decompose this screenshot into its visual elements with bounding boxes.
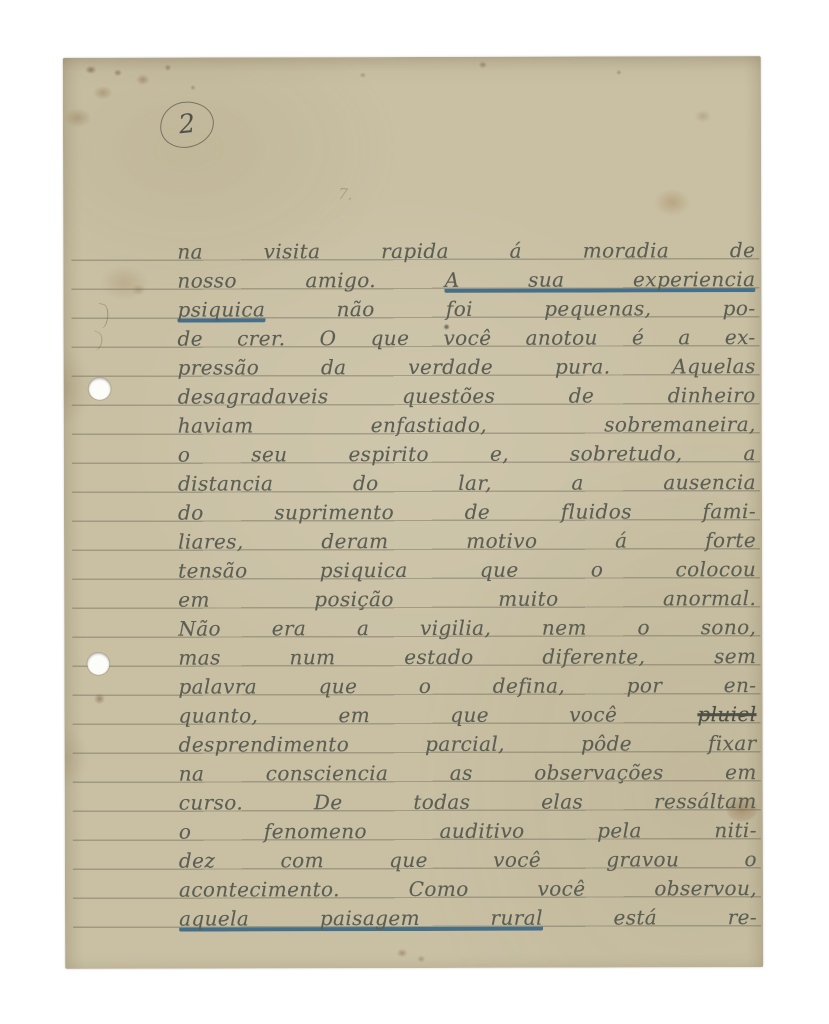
handwriting-text: o seu espirito e, sobretudo, a (178, 441, 756, 467)
handwriting-text: não foi pequenas, po- (265, 296, 755, 321)
manuscript-line: em posição muito anormal. (178, 584, 756, 615)
manuscript-line: o seu espirito e, sobretudo, a (178, 439, 756, 470)
manuscript-line: pressão da verdade pura. Aquelas (178, 352, 756, 383)
handwriting-text: do suprimento de fluidos fami- (178, 499, 756, 525)
manuscript-line: nosso amigo. A sua experiencia (177, 265, 755, 296)
blue-underlined-text: psiquica (177, 297, 265, 322)
manuscript-line: na visita rapida á moradia de (177, 236, 755, 267)
handwriting-text: na consciencia as observações em (179, 760, 757, 786)
manuscript-line: tensão psiquica que o colocou (178, 555, 756, 586)
handwriting-text: de crer. O que você anotou é a ex- (178, 325, 756, 351)
manuscript-line: Não era a vigilia, nem o sono, (178, 613, 756, 644)
page-number: 2 (177, 109, 197, 141)
manuscript-line: liares, deram motivo á forte (178, 526, 756, 557)
manuscript-text: na visita rapida á moradia denosso amigo… (177, 236, 757, 934)
manuscript-line: acontecimento. Como você observou, (179, 874, 757, 905)
blue-underlined-text: aquela paisagem rural (179, 906, 543, 932)
manuscript-line: o fenomeno auditivo pela niti- (179, 816, 757, 847)
manuscript-line: desprendimento parcial, pôde fixar (179, 729, 757, 760)
manuscript-line: distancia do lar, a ausencia (178, 468, 756, 499)
manuscript-line: psiquica não foi pequenas, po- (177, 294, 755, 325)
manuscript-line: mas num estado diferente, sem (178, 642, 756, 673)
manuscript-line: de crer. O que você anotou é a ex- (178, 323, 756, 354)
manuscript-line: haviam enfastiado, sobremaneira, (178, 410, 756, 441)
scanned-document: 2 7. na visita rapida á moradia denosso … (0, 0, 829, 1024)
handwriting-text: está re- (543, 905, 757, 930)
faint-pencil-mark: 7. (338, 185, 353, 204)
handwriting-text: tensão psiquica que o colocou (178, 557, 756, 583)
handwriting-text: em posição muito anormal. (178, 586, 756, 612)
handwriting-text: pressão da verdade pura. Aquelas (178, 354, 756, 380)
blue-underlined-text: A sua experiencia (445, 267, 756, 293)
manuscript-line: aquela paisagem rural está re- (179, 903, 757, 934)
handwriting-text: o fenomeno auditivo pela niti- (179, 818, 757, 844)
page-number-circle: 2 (158, 99, 217, 151)
manuscript-line: palavra que o defina, por en- (178, 671, 756, 702)
handwriting-text: nosso amigo. (177, 268, 444, 293)
manuscript-line: do suprimento de fluidos fami- (178, 497, 756, 528)
scribbled-out-word: pluiel (697, 702, 756, 726)
punch-hole (87, 653, 109, 675)
handwriting-text: desagradaveis questões de dinheiro (178, 383, 756, 409)
manuscript-line: desagradaveis questões de dinheiro (178, 381, 756, 412)
handwriting-text: mas num estado diferente, sem (178, 644, 756, 670)
handwriting-text: desprendimento parcial, pôde fixar (179, 731, 757, 757)
handwriting-text: curso. De todas elas ressáltam (179, 789, 757, 815)
margin-pencil-squiggle (94, 303, 111, 329)
manuscript-line: dez com que você gravou o (179, 845, 757, 876)
manuscript-line: curso. De todas elas ressáltam (179, 787, 757, 818)
paper-sheet: 2 7. na visita rapida á moradia denosso … (63, 56, 763, 969)
handwriting-text: liares, deram motivo á forte (178, 528, 756, 554)
handwriting-text: quanto, em que você (178, 702, 697, 727)
handwriting-text: acontecimento. Como você observou, (179, 876, 757, 902)
handwriting-text: na visita rapida á moradia de (177, 238, 755, 264)
handwriting-text: distancia do lar, a ausencia (178, 470, 756, 496)
manuscript-line: na consciencia as observações em (179, 758, 757, 789)
handwriting-text: palavra que o defina, por en- (178, 673, 756, 699)
punch-hole (89, 378, 111, 400)
margin-pencil-squiggle (88, 330, 106, 351)
handwriting-text: dez com que você gravou o (179, 847, 757, 873)
manuscript-line: quanto, em que você pluiel (178, 700, 756, 731)
handwriting-text: Não era a vigilia, nem o sono, (178, 615, 756, 641)
handwriting-text: haviam enfastiado, sobremaneira, (178, 412, 756, 438)
